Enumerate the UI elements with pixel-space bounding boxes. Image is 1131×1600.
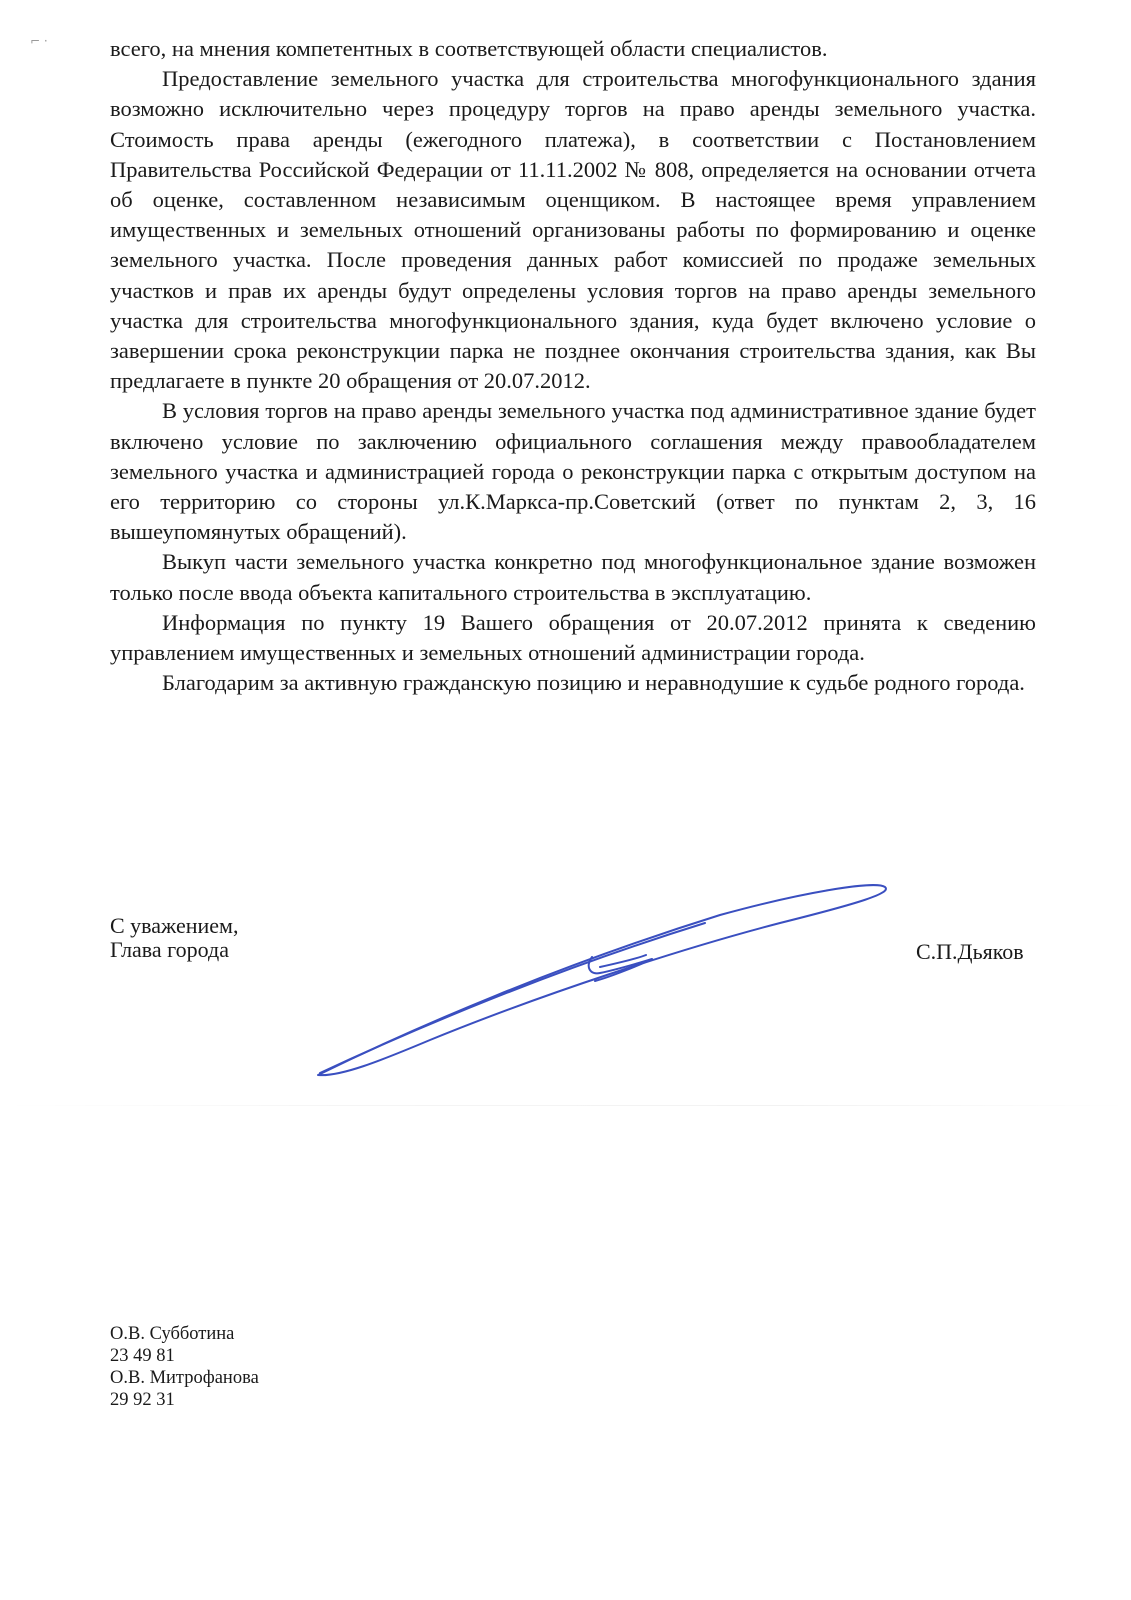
handwritten-signature-icon [300, 875, 900, 1095]
paragraph-auction-conditions: В условия торгов на право аренды земельн… [110, 396, 1036, 547]
executor-phone: 29 92 31 [110, 1389, 259, 1411]
paragraph-land-provision: Предоставление земельного участка для ст… [110, 64, 1036, 396]
executor-name: О.В. Субботина [110, 1323, 259, 1345]
signer-title: Глава города [110, 938, 238, 962]
letter-body: всего, на мнения компетентных в соответс… [110, 34, 1036, 698]
fold-line [0, 1105, 1131, 1106]
executor-name: О.В. Митрофанова [110, 1367, 259, 1389]
closing-regards: С уважением, [110, 914, 238, 938]
paragraph-thanks: Благодарим за активную гражданскую позиц… [110, 668, 1036, 698]
executor-phone: 23 49 81 [110, 1345, 259, 1367]
paragraph-buyout: Выкуп части земельного участка конкретно… [110, 547, 1036, 607]
closing-block: С уважением, Глава города [110, 914, 238, 962]
letter-page: ⌐ · всего, на мнения компетентных в соот… [0, 0, 1131, 1600]
signer-name: С.П.Дьяков [916, 940, 1024, 964]
executors-block: О.В. Субботина 23 49 81 О.В. Митрофанова… [110, 1323, 259, 1411]
paragraph-continuation: всего, на мнения компетентных в соответс… [110, 34, 1036, 64]
paragraph-item-19: Информация по пункту 19 Вашего обращения… [110, 608, 1036, 668]
scan-artifact: ⌐ · [30, 34, 48, 48]
